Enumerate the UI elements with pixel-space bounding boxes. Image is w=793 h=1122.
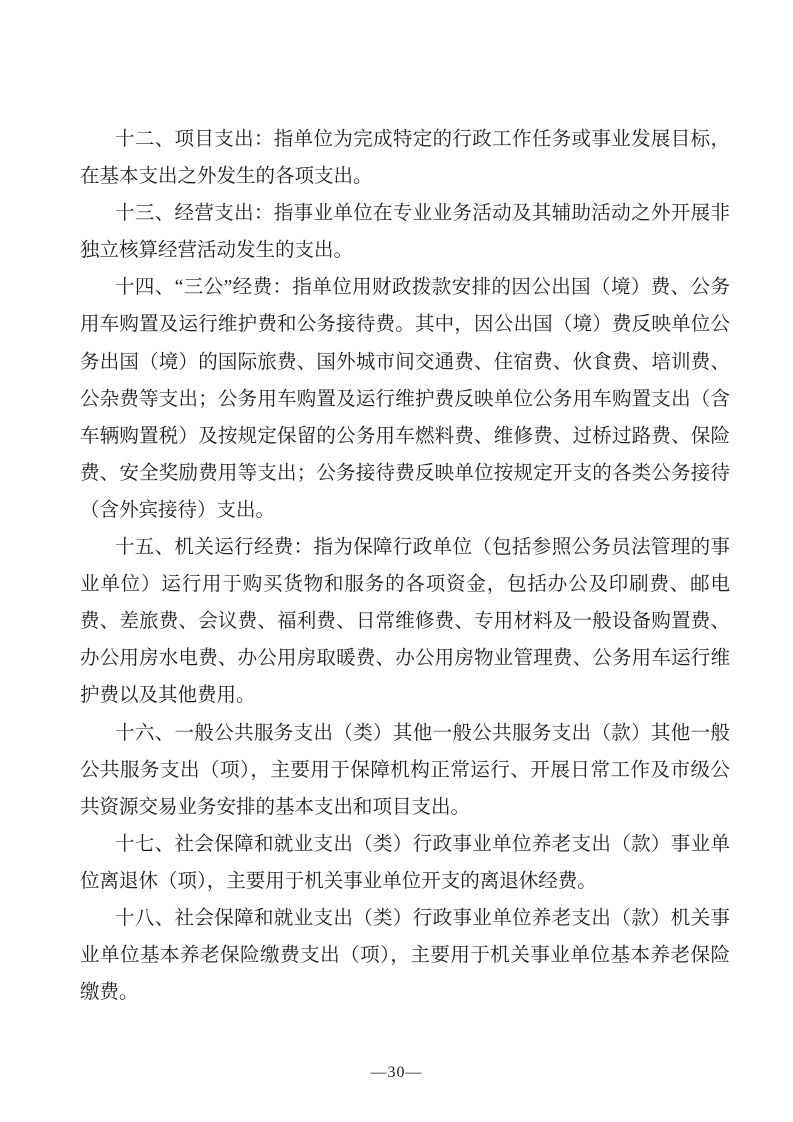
paragraph-item-13: 十三、经营支出：指事业单位在专业业务活动及其辅助活动之外开展非独立核算经营活动发… xyxy=(80,195,730,269)
paragraph-item-12: 十二、项目支出：指单位为完成特定的行政工作任务或事业发展目标，在基本支出之外发生… xyxy=(80,121,730,195)
paragraph-item-15: 十五、机关运行经费：指为保障行政单位（包括参照公务员法管理的事业单位）运行用于购… xyxy=(80,529,730,714)
paragraph-item-17: 十七、社会保障和就业支出（类）行政事业单位养老支出（款）事业单位离退休（项），主… xyxy=(80,826,730,900)
paragraph-item-14: 十四、“三公”经费：指单位用财政拨款安排的因公出国（境）费、公务用车购置及运行维… xyxy=(80,269,730,529)
paragraph-item-18: 十八、社会保障和就业支出（类）行政事业单位养老支出（款）机关事业单位基本养老保险… xyxy=(80,900,730,1011)
page-footer: —30— xyxy=(0,1064,793,1082)
document-page: 十二、项目支出：指单位为完成特定的行政工作任务或事业发展目标，在基本支出之外发生… xyxy=(0,0,793,1122)
document-body: 十二、项目支出：指单位为完成特定的行政工作任务或事业发展目标，在基本支出之外发生… xyxy=(80,121,730,1011)
paragraph-item-16: 十六、一般公共服务支出（类）其他一般公共服务支出（款）其他一般公共服务支出（项）… xyxy=(80,715,730,826)
page-number: —30— xyxy=(371,1064,423,1081)
